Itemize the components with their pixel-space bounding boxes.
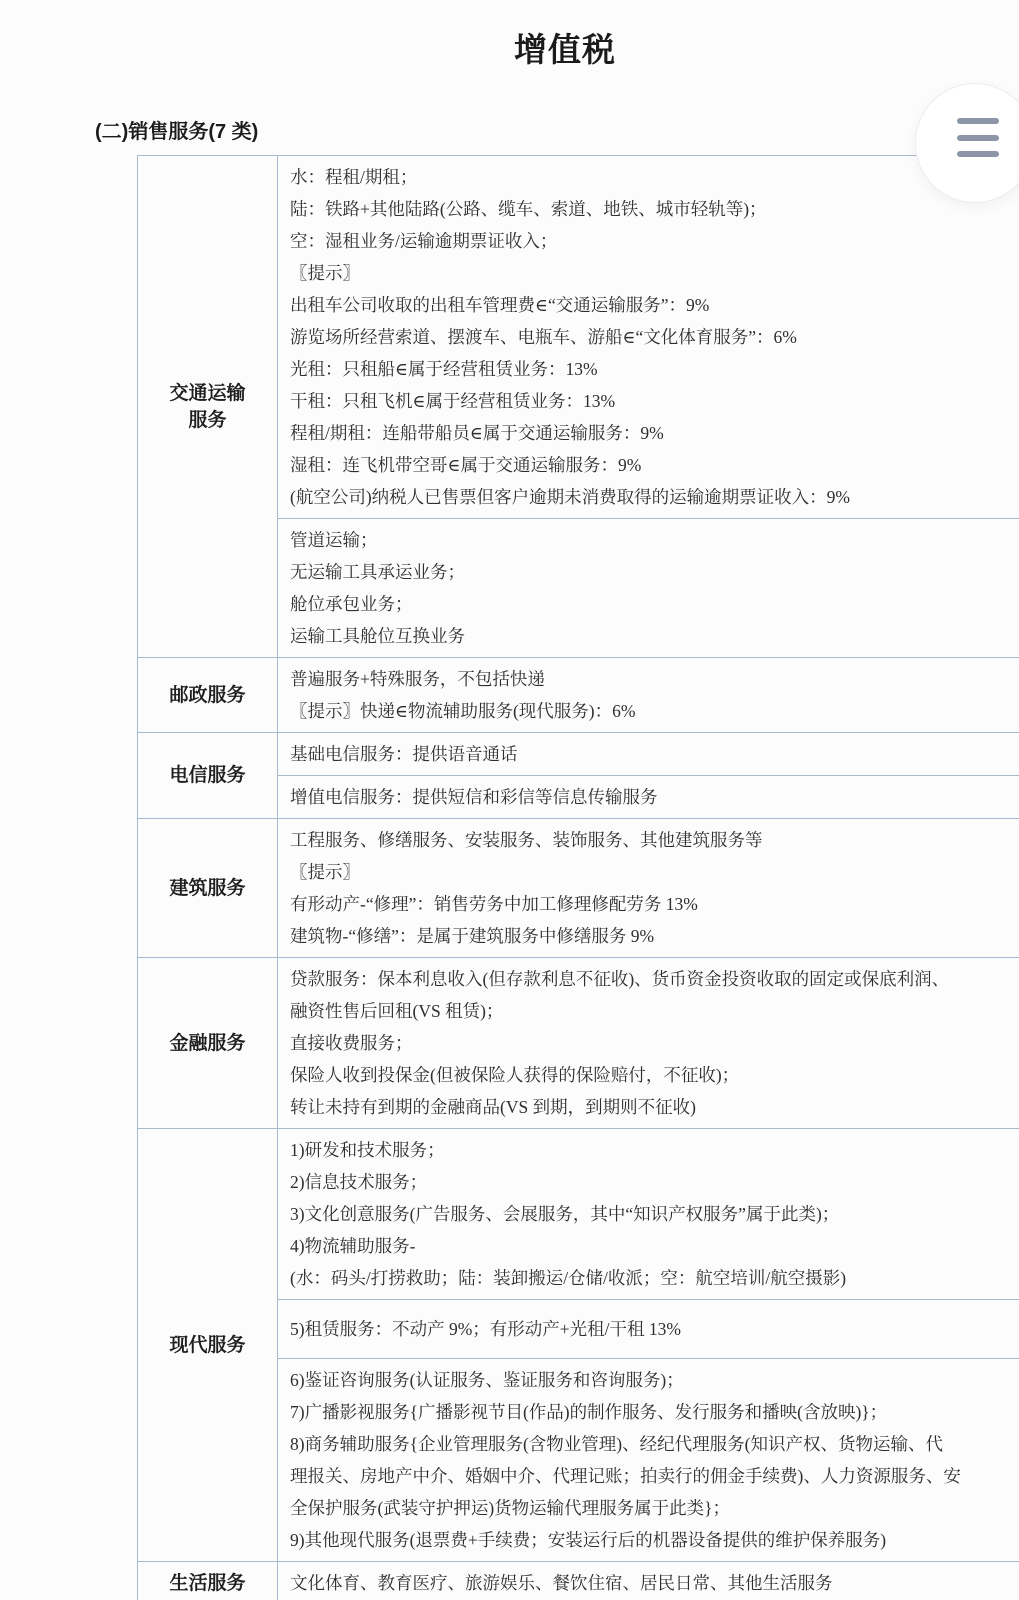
detail-cell: 5)租赁服务：不动产 9%；有形动产+光租/干租 13% — [278, 1300, 1019, 1359]
detail-line: 水：程租/期租； — [290, 161, 1019, 193]
category-cell-postal: 邮政服务 — [138, 658, 278, 733]
detail-line: 工程服务、修缮服务、安装服务、装饰服务、其他建筑服务等 — [290, 824, 1019, 856]
services-table: 交通运输 服务 水：程租/期租； 陆：铁路+其他陆路(公路、缆车、索道、地铁、城… — [137, 155, 1019, 1600]
category-cell-lifestyle: 生活服务 — [138, 1562, 278, 1600]
detail-line: 文化体育、教育医疗、旅游娱乐、餐饮住宿、居民日常、其他生活服务 — [290, 1567, 1019, 1599]
table-row: 建筑服务 工程服务、修缮服务、安装服务、装饰服务、其他建筑服务等 〖提示〗 有形… — [138, 819, 1019, 958]
table-row: 现代服务 1)研发和技术服务； 2)信息技术服务； 3)文化创意服务(广告服务、… — [138, 1129, 1019, 1300]
detail-cell: 管道运输； 无运输工具承运业务； 舱位承包业务； 运输工具舱位互换业务 — [278, 519, 1019, 658]
detail-line: 增值电信服务：提供短信和彩信等信息传输服务 — [290, 781, 1019, 813]
detail-line: 〖提示〗快递∈物流辅助服务(现代服务)：6% — [290, 695, 1019, 727]
detail-line: 保险人收到投保金(但被保险人获得的保险赔付，不征收)； — [290, 1059, 1019, 1091]
detail-line: 运输工具舱位互换业务 — [290, 620, 1019, 652]
detail-cell: 文化体育、教育医疗、旅游娱乐、餐饮住宿、居民日常、其他生活服务 — [278, 1562, 1019, 1600]
detail-line: 1)研发和技术服务； — [290, 1134, 1019, 1166]
detail-line: 〖提示〗 — [290, 257, 1019, 289]
category-cell-transport: 交通运输 服务 — [138, 156, 278, 658]
detail-line: 有形动产-“修理”：销售劳务中加工修理修配劳务 13% — [290, 888, 1019, 920]
document-page: 增值税 (二)销售服务(7 类) 交通运输 服务 水：程租/期租； 陆：铁路+其… — [0, 0, 1019, 1600]
detail-line: 9)其他现代服务(退票费+手续费；安装运行后的机器设备提供的维护保养服务) — [290, 1524, 1019, 1556]
detail-line: 全保护服务(武装守护押运)货物运输代理服务属于此类}； — [290, 1492, 1019, 1524]
detail-line: 5)租赁服务：不动产 9%；有形动产+光租/干租 13% — [290, 1313, 1019, 1345]
detail-cell: 贷款服务：保本利息收入(但存款利息不征收)、货币资金投资收取的固定或保底利润、 … — [278, 958, 1019, 1129]
category-cell-construction: 建筑服务 — [138, 819, 278, 958]
page-title: 增值税 — [0, 0, 1019, 71]
detail-line: 管道运输； — [290, 524, 1019, 556]
table-row: 邮政服务 普遍服务+特殊服务，不包括快递 〖提示〗快递∈物流辅助服务(现代服务)… — [138, 658, 1019, 733]
table-row: 交通运输 服务 水：程租/期租； 陆：铁路+其他陆路(公路、缆车、索道、地铁、城… — [138, 156, 1019, 519]
detail-line: 游览场所经营索道、摆渡车、电瓶车、游船∈“文化体育服务”：6% — [290, 321, 1019, 353]
detail-line: 4)物流辅助服务- — [290, 1230, 1019, 1262]
detail-line: 〖提示〗 — [290, 856, 1019, 888]
detail-line: 建筑物-“修缮”：是属于建筑服务中修缮服务 9% — [290, 920, 1019, 952]
detail-line: 直接收费服务； — [290, 1027, 1019, 1059]
detail-cell: 6)鉴证咨询服务(认证服务、鉴证服务和咨询服务)； 7)广播影视服务{广播影视节… — [278, 1359, 1019, 1562]
detail-cell: 普遍服务+特殊服务，不包括快递 〖提示〗快递∈物流辅助服务(现代服务)：6% — [278, 658, 1019, 733]
hamburger-icon — [916, 84, 1019, 202]
detail-cell: 1)研发和技术服务； 2)信息技术服务； 3)文化创意服务(广告服务、会展服务，… — [278, 1129, 1019, 1300]
category-cell-finance: 金融服务 — [138, 958, 278, 1129]
detail-line: 转让未持有到期的金融商品(VS 到期，到期则不征收) — [290, 1091, 1019, 1123]
detail-cell: 工程服务、修缮服务、安装服务、装饰服务、其他建筑服务等 〖提示〗 有形动产-“修… — [278, 819, 1019, 958]
detail-line: 普遍服务+特殊服务，不包括快递 — [290, 663, 1019, 695]
detail-line: 无运输工具承运业务； — [290, 556, 1019, 588]
detail-cell: 水：程租/期租； 陆：铁路+其他陆路(公路、缆车、索道、地铁、城市轻轨等)； 空… — [278, 156, 1019, 519]
detail-cell: 基础电信服务：提供语音通话 — [278, 733, 1019, 776]
detail-line: 舱位承包业务； — [290, 588, 1019, 620]
category-cell-telecom: 电信服务 — [138, 733, 278, 819]
section-heading: (二)销售服务(7 类) — [95, 115, 1019, 144]
detail-line: 湿租：连飞机带空哥∈属于交通运输服务：9% — [290, 449, 1019, 481]
detail-line: (航空公司)纳税人已售票但客户逾期未消费取得的运输逾期票证收入：9% — [290, 481, 1019, 513]
detail-line: 基础电信服务：提供语音通话 — [290, 738, 1019, 770]
detail-line: 空：湿租业务/运输逾期票证收入； — [290, 225, 1019, 257]
detail-line: 出租车公司收取的出租车管理费∈“交通运输服务”：9% — [290, 289, 1019, 321]
category-cell-modern: 现代服务 — [138, 1129, 278, 1562]
detail-line: 3)文化创意服务(广告服务、会展服务，其中“知识产权服务”属于此类)； — [290, 1198, 1019, 1230]
detail-cell: 增值电信服务：提供短信和彩信等信息传输服务 — [278, 776, 1019, 819]
detail-line: 融资性售后回租(VS 租赁)； — [290, 995, 1019, 1027]
hamburger-bar — [957, 118, 999, 124]
table-row: 金融服务 贷款服务：保本利息收入(但存款利息不征收)、货币资金投资收取的固定或保… — [138, 958, 1019, 1129]
detail-line: 7)广播影视服务{广播影视节目(作品)的制作服务、发行服务和播映(含放映)}； — [290, 1396, 1019, 1428]
detail-line: 理报关、房地产中介、婚姻中介、代理记账；拍卖行的佣金手续费)、人力资源服务、安 — [290, 1460, 1019, 1492]
detail-line: 6)鉴证咨询服务(认证服务、鉴证服务和咨询服务)； — [290, 1364, 1019, 1396]
detail-line: 陆：铁路+其他陆路(公路、缆车、索道、地铁、城市轻轨等)； — [290, 193, 1019, 225]
table-row: 电信服务 基础电信服务：提供语音通话 — [138, 733, 1019, 776]
detail-line: 光租：只租船∈属于经营租赁业务：13% — [290, 353, 1019, 385]
detail-line: 贷款服务：保本利息收入(但存款利息不征收)、货币资金投资收取的固定或保底利润、 — [290, 963, 1019, 995]
detail-line: 8)商务辅助服务{企业管理服务(含物业管理)、经纪代理服务(知识产权、货物运输、… — [290, 1428, 1019, 1460]
detail-line: (水：码头/打捞救助；陆：装卸搬运/仓储/收派；空：航空培训/航空摄影) — [290, 1262, 1019, 1294]
hamburger-bar — [957, 151, 999, 157]
hamburger-bar — [957, 135, 999, 141]
detail-line: 程租/期租：连船带船员∈属于交通运输服务：9% — [290, 417, 1019, 449]
menu-button[interactable] — [916, 84, 1019, 202]
detail-line: 2)信息技术服务； — [290, 1166, 1019, 1198]
table-row: 生活服务 文化体育、教育医疗、旅游娱乐、餐饮住宿、居民日常、其他生活服务 — [138, 1562, 1019, 1600]
detail-line: 干租：只租飞机∈属于经营租赁业务：13% — [290, 385, 1019, 417]
